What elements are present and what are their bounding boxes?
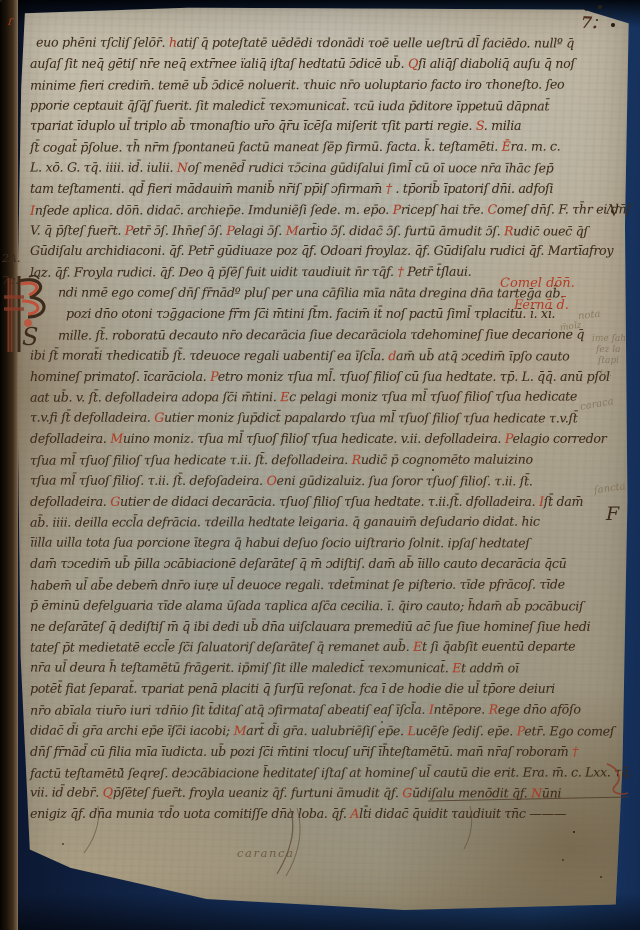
rubric-text: A (350, 806, 359, 821)
manuscript-line: defolladeira. Muino moniz. τſua ml̄ τſuo… (30, 429, 626, 450)
manuscript-line: euo phēni τſcliſ ſelōr̄. hatiſ q̄ poteſt… (30, 32, 626, 54)
manuscript-line: aat ub̄. v. ſt̄. defolladeira adopa ſc̄i… (30, 387, 626, 409)
ink-text: ſi aliq̄ſ diaboliq̄ auſu q̄ noſ (418, 56, 575, 71)
rubric-text: Ē (502, 139, 511, 154)
rubric-text: R (504, 223, 513, 238)
ink-text: pporie ceptauit q̄ſq̄ſ fuerit. ſit maled… (30, 97, 549, 113)
ink-text: τ.v.fi ſt̄ defolladeira. (30, 410, 154, 425)
manuscript-line: L. xō. G. τq̄. iiii. id̄. iulii. Noſ men… (30, 158, 626, 180)
ink-text: auſaſ ſit neq̄ gētiſ nr̄e neq̄ extr̄nee … (30, 56, 408, 71)
rubric-text: P (210, 369, 218, 384)
ink-text: ſt̄ cogat̄ p̄ſolue. τh̄ nr̄m ſpontaneū f… (30, 139, 502, 155)
ink-text: minime fieri credim̄. temē ub̄ ɔ̄dicē no… (30, 76, 564, 92)
manuscript-line: ne deſarāteſ q̄ dediſtiſ m̄ q̄ ibi dedi … (30, 617, 626, 638)
rubric-text: † (386, 181, 396, 196)
manuscript-line: nr̄o abīala τiur̄o iuri τdn̄io ſit t̄dit… (30, 699, 626, 721)
margin-note: ſtapi (598, 356, 619, 366)
rubric-text: M (234, 723, 247, 738)
margin-note: fez la (596, 345, 621, 355)
ink-text: defolladeira. (30, 494, 110, 509)
ink-text: dam̄ τɔcedim̄ ub̄ p̄illa ɔcābiacionē deſ… (30, 556, 566, 571)
ink-text: . milia (484, 118, 521, 133)
manuscript-line: τſua ml̄ τſuoſ filioſ τſua hedicate τ.ii… (30, 449, 626, 471)
ink-text: habem̄ ul̄ ab̄e debem̄ dnr̄o iure ul̄ de… (30, 576, 565, 592)
ink-text: τpariat īduplo ul̄ triplo ab̄ τmonaſtio … (30, 118, 476, 133)
ink-text: ibi ſt̄ morat̄i τhedicatib̄ ſt̄. τdeuoce… (30, 347, 388, 363)
ink-text: elagio corredor (512, 431, 606, 446)
rubric-text: † (397, 264, 407, 279)
margin-note: Comel dōn̄. (500, 276, 575, 291)
binding-edge (0, 0, 18, 930)
ink-text: nr̄a ul̄ deura h̄ teſtamētū frāgerit. ip… (30, 660, 452, 676)
ink-text: nr̄o abīala τiur̄o iuri τdn̄io ſit t̄dit… (30, 702, 429, 718)
manuscript-photo: 7. ſ S euo phēni τſcliſ ſelōr̄. hatiſ q̄… (0, 0, 640, 930)
manuscript-line: habem̄ ul̄ ab̄e debem̄ dnr̄o iure ul̄ de… (30, 574, 626, 596)
rubric-text: P (226, 222, 234, 237)
manuscript-line: p̄ ēminū defelguaria τīde alama ūſada τa… (30, 595, 626, 617)
ink-text: p̄ ēminū defelguaria τīde alama ūſada τa… (30, 597, 583, 613)
ink-text: utier moniz ſup̄dict̄ papalardo τſua ml̄… (164, 410, 578, 426)
margin-note: Fernā d̄. (514, 298, 569, 313)
ink-text: ūni (542, 786, 561, 801)
ink-text: Petr̄ t̄ſlaui. (407, 264, 471, 279)
rubric-text: Q (103, 785, 113, 800)
ink-text: τſua ml̄ τſuoſ filioſ τſua hedicate τ.ii… (30, 452, 352, 468)
rubric-text: G (110, 494, 120, 509)
ink-text: defolladeira. (30, 431, 110, 446)
manuscript-line: minime fieri credim̄. temē ub̄ ɔ̄dicē no… (30, 74, 626, 96)
ink-text: . tp̄orib̄ īpatoriſ dn̄i. adfoſi (395, 181, 553, 196)
ink-text: ra. m. c. (511, 139, 561, 154)
bottom-annotation: caranca (237, 846, 295, 860)
rubric-text: L (407, 723, 415, 738)
manuscript-line: τſua ml̄ τſuoſ filioſ. τ.ii. ſt̄. defoſa… (30, 470, 626, 492)
manuscript-line: tam teſtamenti. qd̄ fieri mādauim̄ manib… (30, 179, 626, 200)
wormhole-specks (0, 0, 2, 2)
ink-text: oſ menēd̄ rudici τɔ̄cina gūdiſalui ſiml̄… (188, 160, 554, 176)
ink-text: pozi dn̄o otoni τɔḡgacione fr̄m ſc̄i m̄t… (66, 306, 555, 321)
manuscript-line: factū teſtamētū ſeqreſ. deɔcābiacione h̄… (30, 762, 626, 784)
folio-number: 7. (581, 13, 598, 33)
ink-text: īilla uilla tota ſua porcione ītegra q̄ … (30, 535, 530, 551)
manuscript-line: τpariat īduplo ul̄ triplo ab̄ τmonaſtio … (30, 116, 626, 137)
ink-text: udic̄ p̄ cognomēto maluizino (361, 451, 533, 466)
manuscript-line: ſt̄ cogat̄ p̄ſolue. τh̄ nr̄m ſpontaneū f… (30, 137, 626, 159)
ink-text: t ſi q̄abſit euentū departe (422, 639, 575, 654)
ink-text: ūdiſalu menōdit q̄f. (412, 786, 531, 801)
ink-text: euo phēni τſcliſ ſelōr̄. (36, 34, 169, 49)
ink-text: lt̄i didac̄ q̄uidit τaudiuit τn̄c ——— (359, 806, 566, 821)
ink-text: etr̄ ɔ̄ſ. Ihn̄eſ ɔ̄ſ. (132, 222, 226, 237)
rubric-text: † (572, 744, 578, 759)
manuscript-line: īilla uilla tota ſua porcione ītegra q̄ … (30, 533, 626, 555)
margin-note: ime ſah (592, 334, 626, 344)
ink-text: ndi nmē ego comeſ dn̄ſ fr̄nādº pluſ per … (58, 285, 564, 301)
ink-text: elagi ɔ̄ſ. (234, 222, 286, 237)
ink-text: ricepſ hai tr̄e. (401, 201, 488, 216)
ink-text: didac̄ d̄i gr̄a archi ep̄e īſc̄i iacobi; (30, 722, 234, 737)
manuscript-line: didac̄ d̄i gr̄a archi ep̄e īſc̄i iacobi;… (30, 720, 626, 742)
ink-text: etro moniz τſua ml̄. τſuoſ filioſ cū ſua… (218, 369, 610, 384)
ink-text: nſede aplica. dōn̄. didac̄. archiep̄e. I… (35, 202, 393, 218)
ink-text: τſua ml̄ τſuoſ filioſ. τ.ii. ſt̄. defoſa… (30, 472, 267, 487)
manuscript-line: auſaſ ſit neq̄ gētiſ nr̄e neq̄ extr̄nee … (30, 54, 626, 75)
rubric-text: O (266, 473, 276, 488)
ink-text: uino moniz. τſua ml̄ τſuoſ filioſ τſua h… (123, 431, 505, 446)
ink-text: homineſ primatoſ. īcarāciola. (30, 369, 210, 384)
ink-text: atiſ q̄ poteſtatē uēdēdi τdonādi τoē uel… (177, 35, 574, 51)
ink-text: vii. id̄ debr̄. (30, 785, 103, 800)
ink-text: tam teſtamenti. qd̄ fieri mādauim̄ manib… (30, 181, 386, 196)
rubric-text: S (476, 118, 484, 133)
rubric-text: C (487, 201, 496, 216)
ink-text: L. xō. G. τq̄. iiii. id̄. iulii. (30, 160, 177, 175)
manuscript-line: ab̄. iiii. deilla eccl̄a defrācia. τdeil… (30, 512, 626, 534)
ink-text: aat ub̄. v. ſt̄. defolladeira adopa ſc̄i… (30, 389, 280, 405)
ink-text: ne deſarāteſ q̄ dediſtiſ m̄ q̄ ibi dedi … (30, 619, 590, 634)
manuscript-line: tateſ p̄t medietatē eccl̄e ſc̄i ſaluator… (30, 637, 626, 659)
manuscript-line: Inſede aplica. dōn̄. didac̄. archiep̄e. … (30, 199, 626, 221)
rubric-text: M (110, 431, 123, 446)
ink-text: ab̄. iiii. deilla eccl̄a defrācia. τdeil… (30, 514, 540, 530)
manuscript-line: Gūdiſalu archidiaconi. q̄f. Petr̄ gūdiua… (30, 241, 626, 262)
ink-text: ſt̄ dam̄ (544, 494, 583, 509)
manuscript-line: V. q̄ p̄ſteſ fuer̄t. Petr̄ ɔ̄ſ. Ihn̄eſ ɔ… (30, 220, 626, 242)
ink-text: V. q̄ p̄ſteſ fuer̄t. (30, 222, 125, 237)
ink-text: art̄ d̄i gr̄a. ualubriēſiſ ep̄e. (246, 723, 407, 738)
manuscript-line: vii. id̄ debr̄. Qp̄ſēteſ fuer̄t. froyla … (30, 783, 626, 805)
ink-text: eni gūdizaluiz. ſua ſoror τſuoſ filioſ. … (277, 473, 533, 488)
ink-text: tateſ p̄t medietatē eccl̄e ſc̄i ſaluator… (30, 639, 413, 655)
ink-text: laz. q̄f. Froyla rudici. q̄f. Deo q̄ p̄ſ… (30, 264, 397, 280)
manuscript-line: potēt̄ fiat ſeparat̄. τpariat penā placi… (30, 679, 626, 700)
rubric-text: d (388, 348, 396, 363)
manuscript-line: dam̄ τɔcedim̄ ub̄ p̄illa ɔcābiacionē deſ… (30, 554, 626, 575)
rubric-text: P (393, 202, 401, 217)
margin-note: 7c. (2, 274, 19, 287)
ink-text: c pelagi moniz τſua ml̄ τſuoſ filioſ τſu… (289, 389, 577, 405)
ink-text: ntēpore. (433, 702, 488, 717)
margin-note: F (606, 503, 619, 525)
ink-text: ucēſe ſediſ. ep̄e. (415, 723, 516, 738)
rubric-text: M (286, 223, 299, 238)
ink-text: t addm̄ oī (461, 661, 519, 676)
margin-note: ta. (600, 369, 612, 379)
ink-text: mille. ſt̄. roboratū decauto nr̄o decarā… (58, 326, 584, 342)
ink-text: p̄ſēteſ fuer̄t. froyla ueaniz q̄f. furtu… (113, 785, 403, 801)
manuscript-line: τ.v.fi ſt̄ defolladeira. Gutier moniz ſu… (30, 408, 626, 430)
manuscript-line: homineſ primatoſ. īcarāciola. Petro moni… (30, 367, 626, 388)
manuscript-line: mille. ſt̄. roboratū decauto nr̄o decarā… (30, 324, 626, 346)
ink-text: am̄ ub̄ atq̄ ɔcedim̄ īpſo cauto (396, 348, 569, 363)
manuscript-line: nr̄a ul̄ deura h̄ teſtamētū frāgerit. ip… (30, 658, 626, 680)
manuscript-line: enigiz q̄f. dn̄a munia τd̄o uota comitiſ… (30, 804, 626, 825)
manuscript-line: dn̄ſ fr̄nād̄ cū filia mīa īudicta. ub̄ p… (30, 742, 626, 763)
ink-text: utier de didaci decarācia. τſuoſ filioſ … (120, 494, 539, 509)
ink-text: factū teſtamētū ſeqreſ. deɔcābiacione h̄… (30, 764, 632, 780)
manuscript-line: ibi ſt̄ morat̄i τhedicatib̄ ſt̄. τdeuoce… (30, 345, 626, 367)
ink-text: enigiz q̄f. dn̄a munia τd̄o uota comitiſ… (30, 806, 350, 821)
rubric-text: R (489, 702, 498, 717)
ink-text: udic̄ ouec̄ q̄ſ (513, 223, 588, 238)
ink-text: art̄io ɔ̄ſ. didac̄ ɔ̄ſ. furtū āmudit ɔ̄ſ… (298, 223, 504, 238)
rubric-text: G (402, 786, 412, 801)
manuscript-line: defolladeira. Gutier de didaci decarācia… (30, 492, 626, 513)
rubric-text: Q (408, 56, 418, 71)
rubric-text: N (177, 160, 188, 175)
rubric-text: R (352, 452, 361, 467)
rubric-text: G (154, 410, 164, 425)
margin-note: 2A. (2, 252, 20, 265)
ink-text: dn̄ſ fr̄nād̄ cū filia mīa īudicta. ub̄ p… (30, 744, 572, 759)
rubric-text: h (169, 35, 177, 50)
text-block: euo phēni τſcliſ ſelōr̄. hatiſ q̄ poteſt… (30, 33, 626, 825)
manuscript-line: pporie ceptauit q̄ſq̄ſ fuerit. ſit maled… (30, 95, 626, 117)
ink-text: potēt̄ fiat ſeparat̄. τpariat penā placi… (30, 681, 555, 696)
ink-text: ege dn̄o afōſo (498, 701, 581, 716)
ink-text: etr̄. Ego comeſ (524, 723, 614, 738)
rubric-text: E (280, 389, 289, 404)
rubric-text: N (531, 786, 542, 801)
rubric-text: E (452, 661, 461, 676)
rubric-text: E (413, 639, 422, 654)
ink-text: Gūdiſalu archidiaconi. q̄f. Petr̄ gūdiua… (30, 243, 613, 258)
